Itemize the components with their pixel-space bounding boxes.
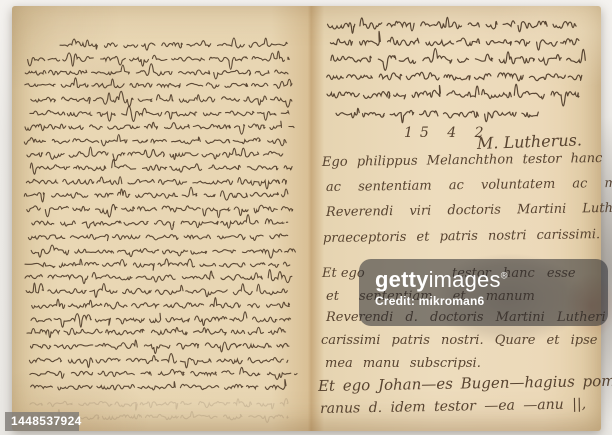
second-attestation-line: carissimi patris nostri. Quare et ipse bbox=[321, 334, 597, 347]
registered-mark-icon: ® bbox=[501, 271, 508, 281]
stock-photo-backdrop: 15 4 2 M. Lutherus. Ego philippus Melanc… bbox=[0, 0, 612, 435]
melanchthon-attestation-line: ac sententiam ac voluntatem ac manum bbox=[326, 176, 612, 194]
getty-watermark: gettyimages® Credit: mikroman6 bbox=[359, 259, 608, 326]
second-attestation-line: mea manu subscripsi. bbox=[325, 357, 481, 370]
handwriting-strokes bbox=[0, 0, 612, 435]
luther-signature: M. Lutherus. bbox=[477, 132, 582, 152]
melanchthon-attestation-line: Ego philippus Melanchthon testor hanc es… bbox=[322, 152, 612, 169]
melanchthon-attestation-line: Reverendi viri doctoris Martini Lutheri bbox=[326, 202, 612, 219]
getty-logo: gettyimages® bbox=[375, 269, 608, 291]
image-id-badge: 1448537924 bbox=[5, 412, 79, 431]
credit-label: Credit: mikroman6 bbox=[375, 294, 608, 308]
melanchthon-attestation-line: praeceptoris et patris nostri carissimi. bbox=[323, 228, 600, 245]
